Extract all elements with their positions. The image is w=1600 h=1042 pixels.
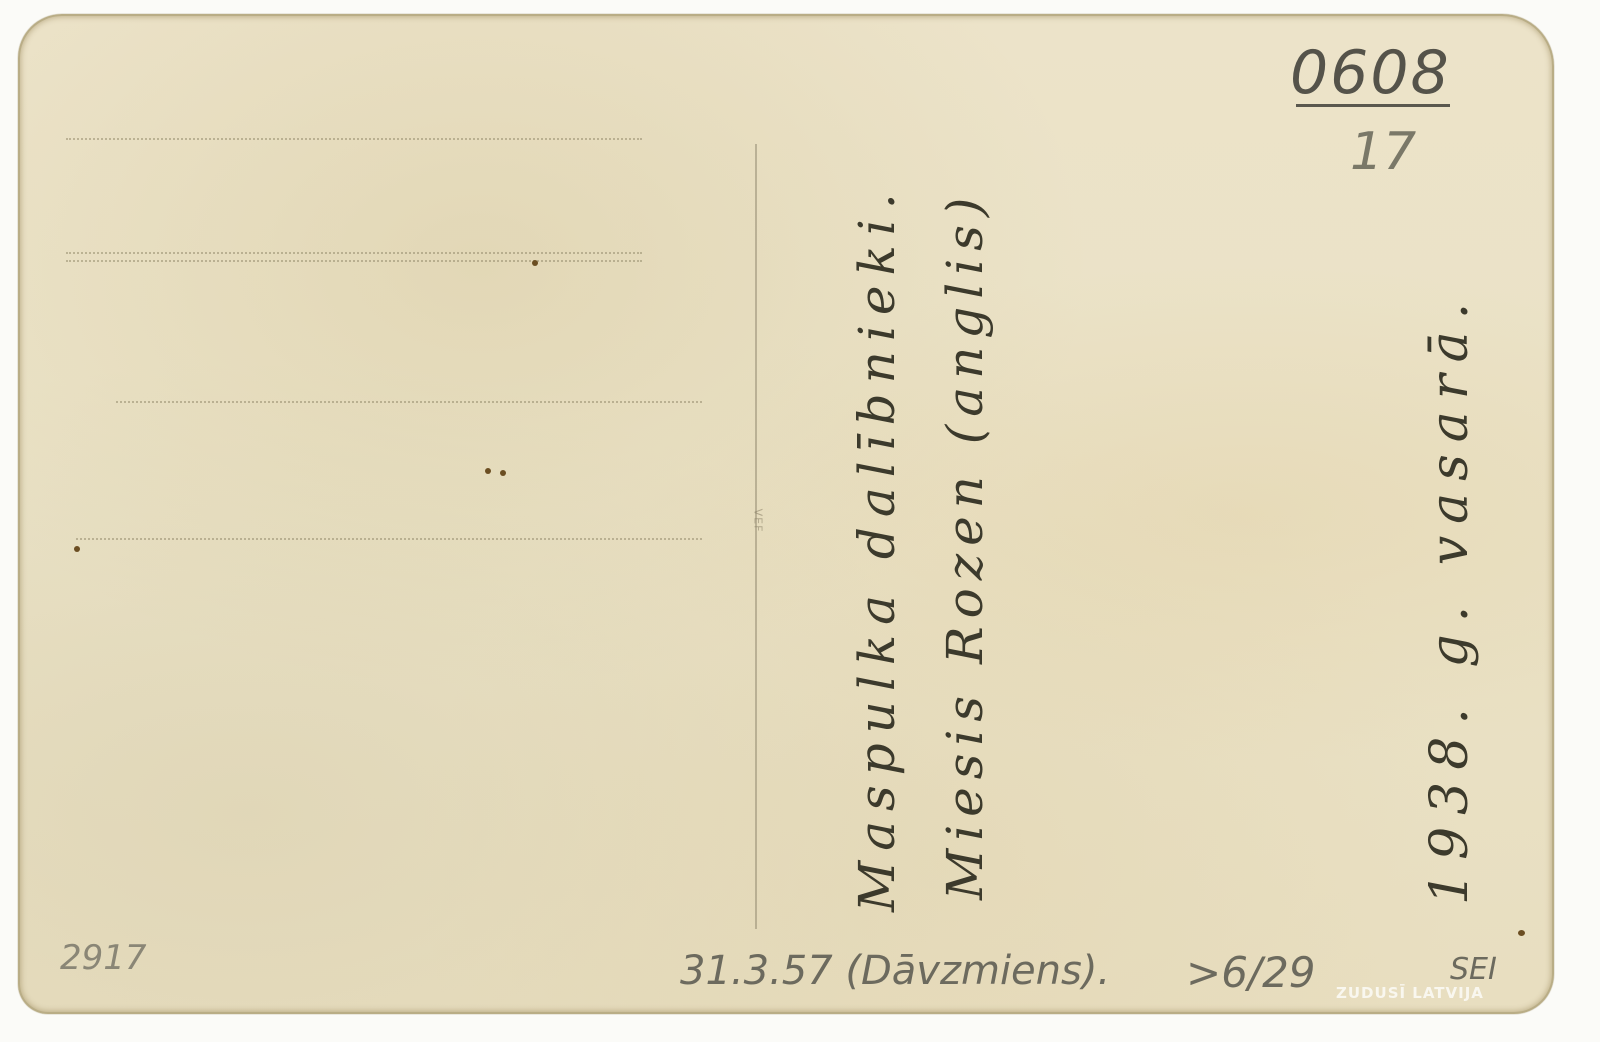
bottom-archive-note: 31.3.57 (Dāvzmiens). <box>680 948 1110 994</box>
handwritten-date: 1938. g. vasarā. <box>1420 291 1480 905</box>
ink-spot <box>74 546 80 552</box>
ink-spot <box>532 260 538 266</box>
address-line-1 <box>66 138 642 140</box>
center-divider <box>755 144 757 929</box>
archive-code: SEI <box>1450 952 1497 987</box>
address-line-2 <box>66 252 642 254</box>
inventory-underline <box>1296 104 1450 107</box>
ink-spot <box>1518 930 1525 936</box>
handwritten-line-1: Maspulka dalībnieki. <box>848 183 906 912</box>
inventory-number: 0608 <box>1290 38 1451 108</box>
address-line-2b <box>66 260 642 262</box>
handwritten-line-2: Miesis Rozen (anglis) <box>936 190 994 900</box>
printer-mark: VEF <box>751 509 764 533</box>
reference-code: >6/29 <box>1186 948 1316 997</box>
watermark: ZUDUSĪ LATVIJA <box>1336 984 1484 1002</box>
corner-pencil-note: 2917 <box>60 938 147 978</box>
ink-spot <box>500 470 506 476</box>
address-line-3 <box>116 401 702 403</box>
inventory-sub-number: 17 <box>1350 122 1416 182</box>
address-line-4 <box>76 538 702 540</box>
ink-spot <box>485 468 491 474</box>
postcard-back: VEF <box>18 14 1554 1014</box>
